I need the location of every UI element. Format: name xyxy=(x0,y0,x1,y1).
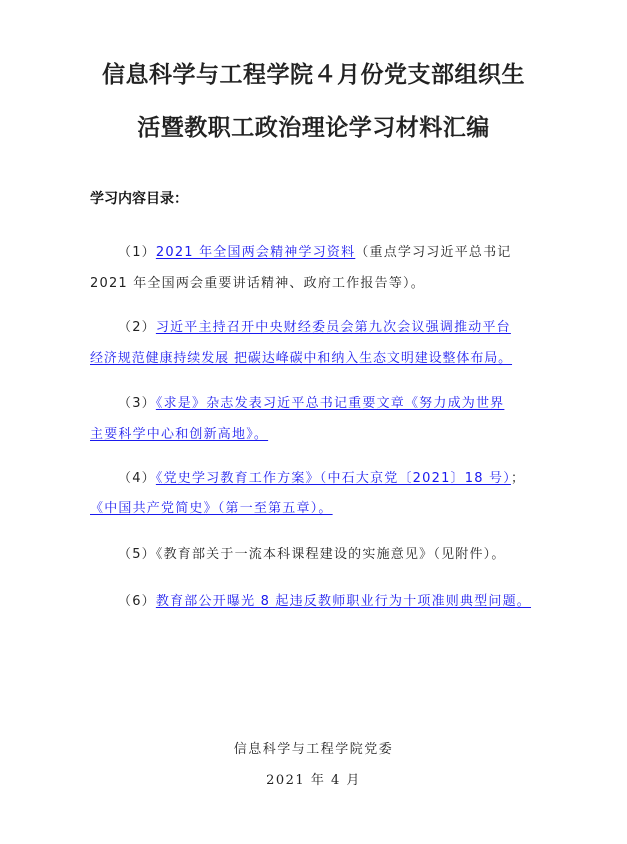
toc-item-number: （1） xyxy=(118,245,156,260)
toc-item-4-line-2: 《中国共产党简史》（第一至第五章）。 xyxy=(90,497,333,516)
toc-item-6-link[interactable]: 教育部公开曝光 8 起违反教师职业行为十项准则典型问题。 xyxy=(156,594,531,609)
toc-item-5: （5）《教育部关于一流本科课程建设的实施意见》（见附件）。 xyxy=(118,543,506,562)
toc-item-4-line-1: （4）《党史学习教育工作方案》（中石大京党〔2021〕18 号）； xyxy=(118,467,525,486)
toc-item-number: （2） xyxy=(118,320,156,335)
toc-item-2-line-1: （2）习近平主持召开中央财经委员会第九次会议强调推动平台 xyxy=(118,316,511,335)
toc-item-2-line-2: 经济规范健康持续发展 把碳达峰碳中和纳入生态文明建设整体布局。 xyxy=(90,347,512,366)
toc-item-1-line-2: 2021 年全国两会重要讲话精神、政府工作报告等）。 xyxy=(90,272,425,291)
toc-item-3-line-2: 主要科学中心和创新高地》。 xyxy=(90,423,268,442)
toc-item-3-link[interactable]: 《求是》杂志发表习近平总书记重要文章《努力成为世界 xyxy=(156,396,505,411)
toc-item-2-link-cont[interactable]: 经济规范健康持续发展 把碳达峰碳中和纳入生态文明建设整体布局。 xyxy=(90,351,512,366)
toc-item-number: （4） xyxy=(118,471,156,486)
toc-item-2-link[interactable]: 习近平主持召开中央财经委员会第九次会议强调推动平台 xyxy=(156,320,511,335)
toc-item-number: （3） xyxy=(118,396,156,411)
toc-item-1-line-1: （1）2021 年全国两会精神学习资料（重点学习习近平总书记 xyxy=(118,241,512,260)
footer-organization: 信息科学与工程学院党委 xyxy=(0,738,627,757)
document-title-line-2: 活暨教职工政治理论学习材料汇编 xyxy=(0,109,627,142)
toc-item-3-link-cont[interactable]: 主要科学中心和创新高地》。 xyxy=(90,427,268,442)
toc-item-number: （6） xyxy=(118,594,156,609)
footer-date: 2021 年 4 月 xyxy=(0,769,627,788)
toc-item-4-link-2[interactable]: 《中国共产党简史》（第一至第五章）。 xyxy=(90,501,333,516)
toc-item-1-note: （重点学习习近平总书记 xyxy=(355,245,511,260)
toc-item-3-line-1: （3）《求是》杂志发表习近平总书记重要文章《努力成为世界 xyxy=(118,392,504,411)
document-title-line-1: 信息科学与工程学院４月份党支部组织生 xyxy=(0,56,627,89)
toc-item-4-separator: ； xyxy=(511,471,525,486)
toc-item-6: （6）教育部公开曝光 8 起违反教师职业行为十项准则典型问题。 xyxy=(118,590,531,609)
toc-item-number: （5） xyxy=(118,547,156,562)
toc-item-5-text: 《教育部关于一流本科课程建设的实施意见》（见附件）。 xyxy=(156,547,506,562)
toc-heading: 学习内容目录： xyxy=(90,188,188,208)
toc-item-4-link[interactable]: 《党史学习教育工作方案》（中石大京党〔2021〕18 号） xyxy=(156,471,511,486)
toc-item-1-link[interactable]: 2021 年全国两会精神学习资料 xyxy=(156,245,355,260)
